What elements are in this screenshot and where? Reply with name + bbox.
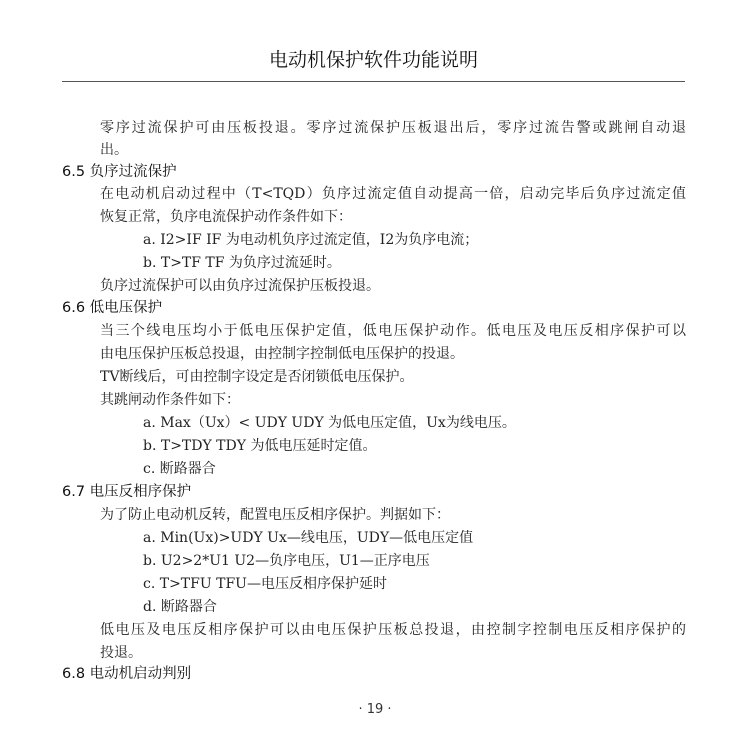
section-6-7-item-a: a. Min(Ux)>UDY Ux—线电压，UDY—低电压定值	[143, 528, 473, 548]
section-6-6-para-3: 其跳闸动作条件如下：	[100, 390, 240, 410]
section-6-7-para-2-line-2: 投退。	[100, 643, 142, 663]
section-6-7-para-1: 为了防止电动机反转，配置电压反相序保护。判据如下：	[100, 505, 450, 525]
section-6-7-item-b: b. U2>2*U1 U2—负序电压，U1—正序电压	[143, 551, 430, 571]
section-heading-6-5: 6.5 负序过流保护	[62, 162, 177, 182]
section-6-5-para-line-2: 恢复正常，负序电流保护动作条件如下：	[100, 207, 352, 227]
intro-line-2: 出。	[100, 140, 128, 160]
section-6-6-item-b: b. T>TDY TDY 为低电压延时定值。	[143, 436, 376, 456]
section-6-5-item-a: a. I2>IF IF 为电动机负序过流定值，I2为负序电流；	[143, 230, 478, 250]
section-6-5-para-line-1: 在电动机启动过程中（T<TQD）负序过流定值自动提高一倍，启动完毕后负序过流定值	[100, 184, 686, 204]
section-heading-6-6: 6.6 低电压保护	[62, 298, 162, 318]
section-6-6-para-line-1: 当三个线电压均小于低电压保护定值，低电压保护动作。低电压及电压反相序保护可以	[100, 321, 686, 341]
page-number: · 19 ·	[0, 702, 750, 717]
section-6-6-item-c: c. 断路器合	[143, 459, 216, 479]
section-6-6-para-2: TV断线后，可由控制字设定是否闭锁低电压保护。	[100, 367, 413, 387]
section-6-7-item-c: c. T>TFU TFU—电压反相序保护延时	[143, 574, 387, 594]
section-6-7-item-d: d. 断路器合	[143, 597, 217, 617]
intro-line-1: 零序过流保护可由压板投退。零序过流保护压板退出后，零序过流告警或跳闸自动退	[100, 118, 686, 138]
section-6-5-para-2: 负序过流保护可以由负序过流保护压板投退。	[100, 276, 380, 296]
section-heading-6-7: 6.7 电压反相序保护	[62, 482, 191, 502]
section-heading-6-8: 6.8 电动机启动判别	[62, 664, 191, 684]
page-header-title: 电动机保护软件功能说明	[62, 40, 685, 82]
section-6-6-para-line-2: 由电压保护压板总投退，由控制字控制低电压保护的投退。	[100, 344, 464, 364]
section-6-7-para-2-line-1: 低电压及电压反相序保护可以由电压保护压板总投退，由控制字控制电压反相序保护的	[100, 620, 686, 640]
section-6-6-item-a: a. Max（Ux）< UDY UDY 为低电压定值，Ux为线电压。	[143, 413, 516, 433]
section-6-5-item-b: b. T>TF TF 为负序过流延时。	[143, 253, 341, 273]
